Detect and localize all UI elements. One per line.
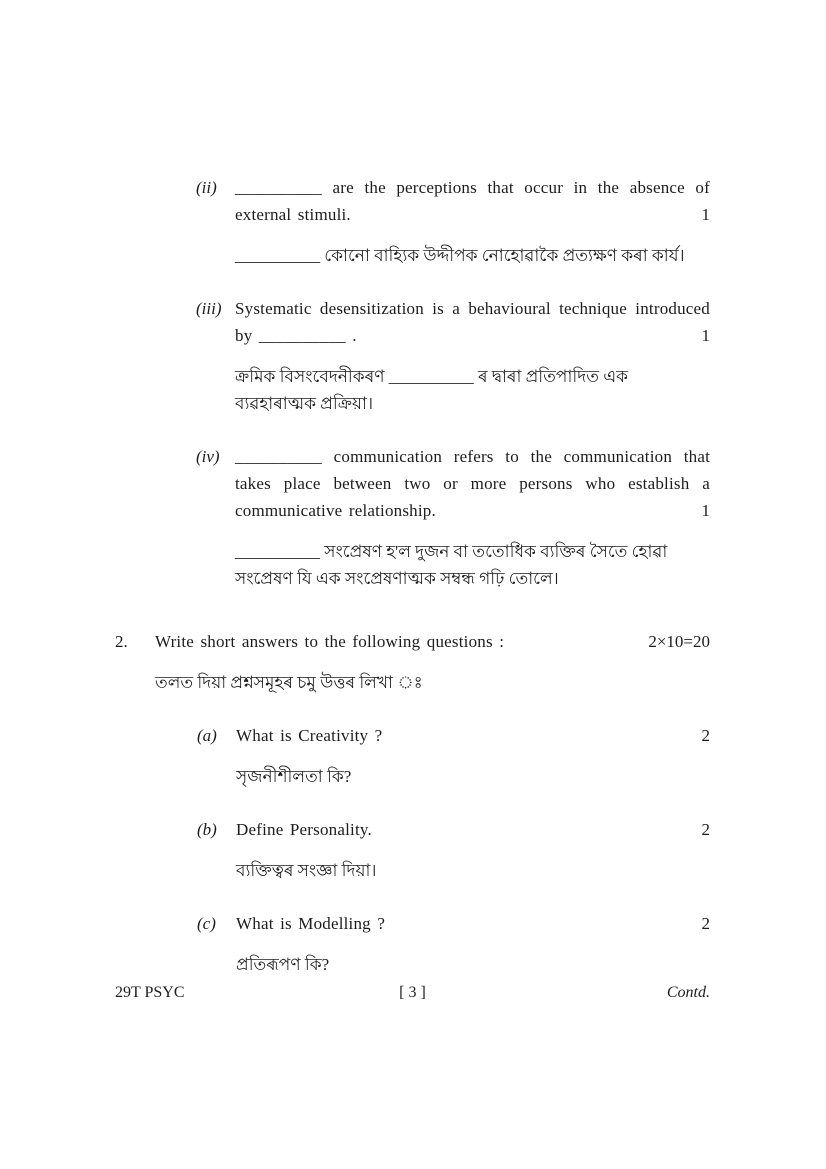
footer-contd: Contd. (512, 982, 710, 1004)
footer-page-number: [ 3 ] (313, 982, 511, 1004)
item-label: (iv) (196, 443, 235, 618)
item-body: __________ communication refers to the c… (235, 443, 710, 618)
marks-value: 1 (702, 322, 711, 349)
question-text-assamese: প্ৰতিৰূপণ কি? (236, 951, 710, 978)
question-2-head: 2. Write short answers to the following … (115, 628, 710, 1004)
question-text-assamese: সৃজনীশীলতা কি? (236, 763, 710, 790)
question-number: 2. (115, 628, 155, 1004)
marks-value: 2 (702, 816, 711, 843)
question-english-row: What is Creativity ? 2 (236, 722, 710, 749)
question-item-iv: (iv) __________ communication refers to … (196, 443, 710, 618)
marks-value: 1 (702, 497, 711, 524)
question-text-english: Define Personality. (236, 816, 710, 843)
question-text-english: Write short answers to the following que… (155, 628, 710, 655)
item-body: Systematic desensitization is a behaviou… (235, 295, 710, 443)
exam-paper-page: (ii) __________ are the perceptions that… (0, 0, 826, 1169)
sub-question-b: (b) Define Personality. 2 ব্যক্তিত্বৰ সং… (197, 816, 710, 910)
question-text-assamese: __________ কোনো বাহ্যিক উদ্দীপক নোহোৱাকৈ… (235, 242, 710, 269)
question-text-assamese: __________ সংপ্ৰেষণ হ'ল দুজন বা ততোধিক ব… (235, 538, 710, 592)
item-label: (ii) (196, 174, 235, 295)
marks-value: 2 (702, 722, 711, 749)
question-text-english: __________ are the perceptions that occu… (235, 174, 710, 228)
question-text-english: What is Modelling ? (236, 910, 710, 937)
marks-value: 1 (702, 201, 711, 228)
question-text-english: Systematic desensitization is a behaviou… (235, 295, 710, 349)
item-body: Define Personality. 2 ব্যক্তিত্বৰ সংজ্ঞা… (236, 816, 710, 910)
sub-question-a: (a) What is Creativity ? 2 সৃজনীশীলতা কি… (197, 722, 710, 816)
item-label: (b) (197, 816, 236, 910)
question-2-body: Write short answers to the following que… (155, 628, 710, 1004)
item-body: __________ are the perceptions that occu… (235, 174, 710, 295)
question-2: 2. Write short answers to the following … (115, 628, 710, 1004)
page-footer: 29T PSYC [ 3 ] Contd. (115, 982, 710, 1004)
question-text-assamese: ব্যক্তিত্বৰ সংজ্ঞা দিয়া। (236, 857, 710, 884)
item-label: (a) (197, 722, 236, 816)
footer-paper-code: 29T PSYC (115, 982, 313, 1004)
question-english-row: Systematic desensitization is a behaviou… (235, 295, 710, 349)
marks-value: 2×10=20 (648, 628, 710, 655)
question-english-row: __________ communication refers to the c… (235, 443, 710, 524)
question-text-assamese: তলত দিয়া প্ৰশ্নসমূহৰ চমু উত্তৰ লিখা ঃ (155, 669, 710, 696)
question-english-row: Write short answers to the following que… (155, 628, 710, 655)
question-text-assamese: ক্ৰমিক বিসংবেদনীকৰণ __________ ৰ দ্বাৰা … (235, 363, 710, 417)
question-item-iii: (iii) Systematic desensitization is a be… (196, 295, 710, 443)
page-content: (ii) __________ are the perceptions that… (115, 174, 710, 1004)
question-english-row: Define Personality. 2 (236, 816, 710, 843)
question-text-english: What is Creativity ? (236, 722, 710, 749)
question-english-row: __________ are the perceptions that occu… (235, 174, 710, 228)
marks-value: 2 (702, 910, 711, 937)
item-label: (iii) (196, 295, 235, 443)
question-item-ii: (ii) __________ are the perceptions that… (196, 174, 710, 295)
item-body: What is Creativity ? 2 সৃজনীশীলতা কি? (236, 722, 710, 816)
question-text-english: __________ communication refers to the c… (235, 443, 710, 524)
question-english-row: What is Modelling ? 2 (236, 910, 710, 937)
